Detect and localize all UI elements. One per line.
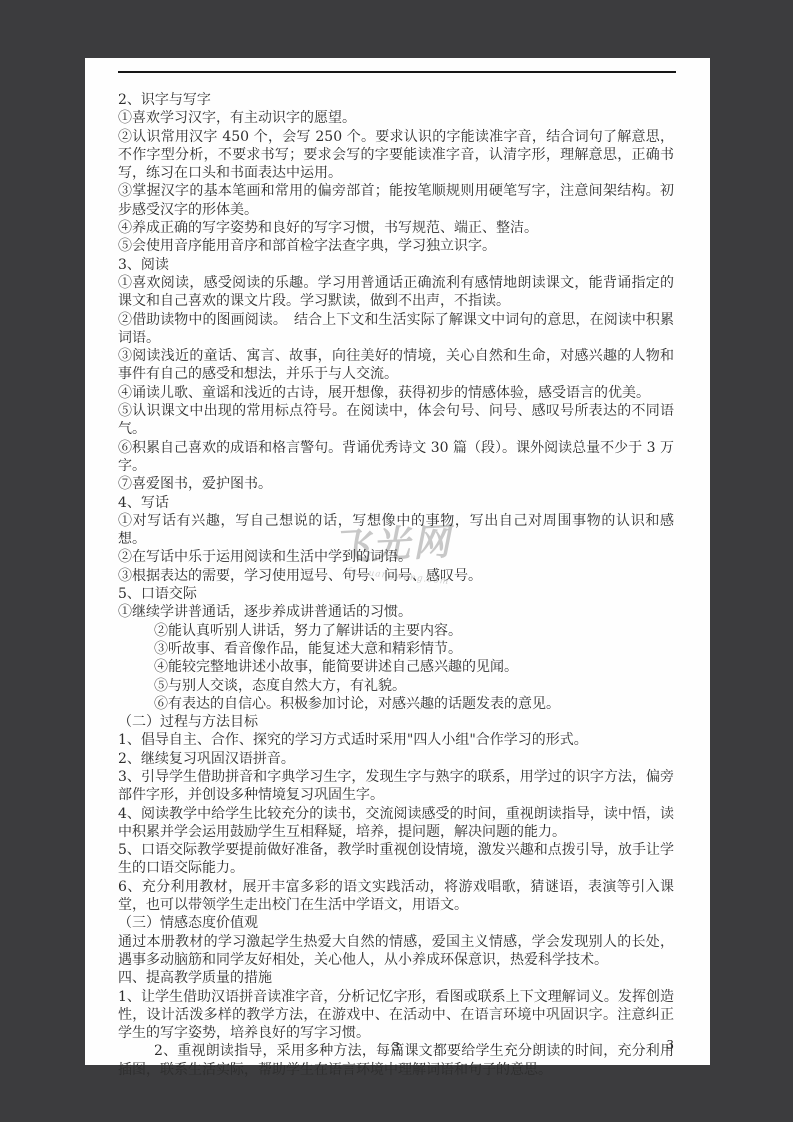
paragraph: ①继续学讲普通话，逐步养成讲普通话的习惯。 <box>118 603 674 621</box>
paragraph: ③听故事、看音像作品，能复述大意和精彩情节。 <box>118 640 674 658</box>
paragraph: ③掌握汉字的基本笔画和常用的偏旁部首；能按笔顺规则用硬笔写字，注意间架结构。初步… <box>118 182 674 219</box>
paragraph: （二）过程与方法目标 <box>118 713 674 731</box>
paragraph: 2、继续复习巩固汉语拼音。 <box>118 750 674 768</box>
paragraph: 四、提高教学质量的措施 <box>118 969 674 987</box>
screenshot-background: 飞光网 feiguangwang.com 2、识字与写字①喜欢学习汉字，有主动识… <box>0 0 793 1122</box>
paragraph: ①对写话有兴趣，写自己想说的话，写想像中的事物，写出自己对周围事物的认识和感想。 <box>118 512 674 549</box>
paragraph: ⑤认识课文中出现的常用标点符号。在阅读中，体会句号、问号、感叹号所表达的不同语气… <box>118 402 674 439</box>
paragraph: 3、引导学生借助拼音和字典学习生字，发现生字与熟字的联系，用学过的识字方法，偏旁… <box>118 768 674 805</box>
paragraph: ②能认真听别人讲话，努力了解讲话的主要内容。 <box>118 622 674 640</box>
paragraph: 通过本册教材的学习激起学生热爱大自然的情感，爱国主义情感，学会发现别人的长处，遇… <box>118 933 674 970</box>
paragraph: ②认识常用汉字 450 个，会写 250 个。要求认识的字能读准字音，结合词句了… <box>118 128 674 183</box>
paragraph: ④能较完整地讲述小故事，能简要讲述自己感兴趣的见闻。 <box>118 658 674 676</box>
paragraph: 4、阅读教学中给学生比较充分的读书，交流阅读感受的时间，重视朗读指导，读中悟，读… <box>118 805 674 842</box>
paragraph: ④养成正确的写字姿势和良好的写字习惯，书写规范、端正、整洁。 <box>118 219 674 237</box>
paragraph: 3、阅读 <box>118 256 674 274</box>
paragraph: ⑥积累自己喜欢的成语和格言警句。背诵优秀诗文 30 篇（段）。课外阅读总量不少于… <box>118 439 674 476</box>
paragraph: ①喜欢阅读，感受阅读的乐趣。学习用普通话正确流利有感情地朗读课文，能背诵指定的课… <box>118 274 674 311</box>
paragraph: ③根据表达的需要，学习使用逗号、句号、问号、感叹号。 <box>118 567 674 585</box>
paragraph: ②在写话中乐于运用阅读和生活中学到的词语。 <box>118 548 674 566</box>
paragraph: 5、口语交际教学要提前做好准备，教学时重视创设情境，激发兴趣和点拨引导，放手让学… <box>118 841 674 878</box>
paragraph: 4、写话 <box>118 494 674 512</box>
document-paper: 飞光网 feiguangwang.com 2、识字与写字①喜欢学习汉字，有主动识… <box>85 58 710 1065</box>
paragraph: ⑥有表达的自信心。积极参加讨论，对感兴趣的话题发表的意见。 <box>118 695 674 713</box>
paragraph: 5、口语交际 <box>118 585 674 603</box>
paragraph: 1、倡导自主、合作、探究的学习方式适时采用"四人小组"合作学习的形式。 <box>118 731 674 749</box>
paragraph: （三）情感态度价值观 <box>118 914 674 932</box>
paragraph: ⑤会使用音序能用音序和部首检字法查字典，学习独立识字。 <box>118 237 674 255</box>
paragraph: ①喜欢学习汉字，有主动识字的愿望。 <box>118 109 674 127</box>
paragraph: ②借助读物中的图画阅读。 结合上下文和生活实际了解课文中词句的意思，在阅读中积累… <box>118 311 674 348</box>
paragraph: 1、让学生借助汉语拼音读准字音，分析记忆字形，看图或联系上下文理解词义。发挥创造… <box>118 988 674 1043</box>
paragraph: ⑤与别人交谈，态度自然大方，有礼貌。 <box>118 677 674 695</box>
paragraph: 6、充分利用教材，展开丰富多彩的语文实践活动，将游戏唱歌，猜谜语，表演等引入课堂… <box>118 878 674 915</box>
paragraph: ③阅读浅近的童话、寓言、故事，向往美好的情境，关心自然和生命，对感兴趣的人物和事… <box>118 347 674 384</box>
document-body: 2、识字与写字①喜欢学习汉字，有主动识字的愿望。②认识常用汉字 450 个，会写… <box>118 91 674 1079</box>
header-rule <box>118 71 676 73</box>
paragraph: ④诵读儿歌、童谣和浅近的古诗，展开想像，获得初步的情感体验，感受语言的优美。 <box>118 384 674 402</box>
paragraph: ⑦喜爱图书，爱护图书。 <box>118 475 674 493</box>
paragraph: 2、识字与写字 <box>118 91 674 109</box>
page-number-right: 3 <box>118 1038 674 1052</box>
